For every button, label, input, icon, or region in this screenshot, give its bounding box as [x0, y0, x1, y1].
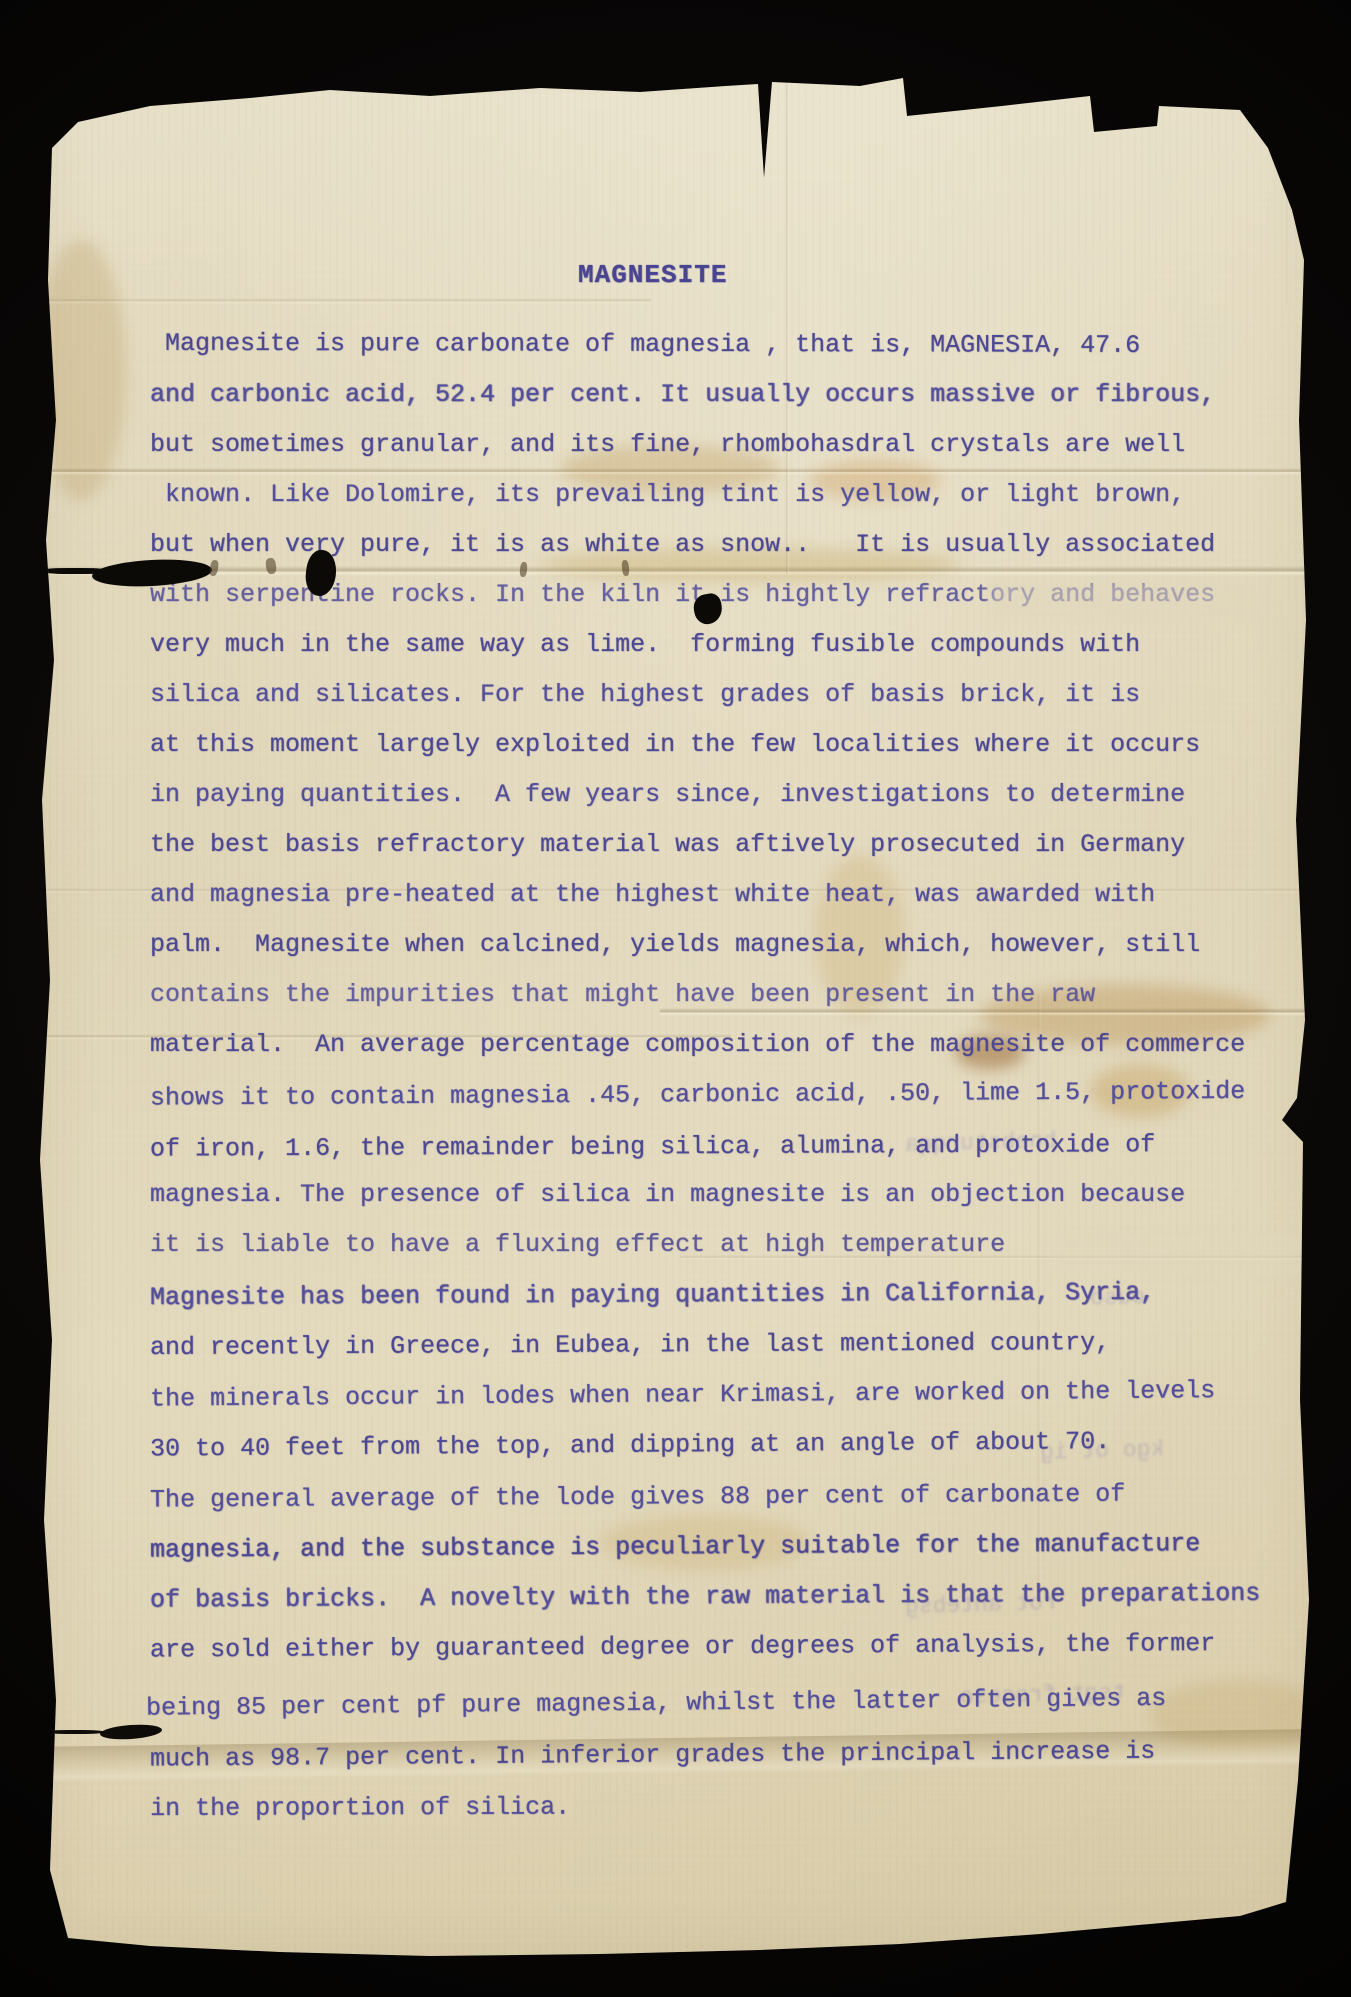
typed-line: much as 98.7 per cent. In inferior grade…: [150, 1725, 1310, 1784]
fold-crease: [40, 298, 651, 304]
typed-line: contains the impurities that might have …: [150, 970, 1310, 1020]
typed-line: shows it to contain magnesia .45, carbon…: [150, 1066, 1310, 1123]
typed-line: silica and silicates. For the highest gr…: [150, 670, 1310, 720]
paper-stain: [36, 240, 126, 500]
scanned-paper-sheet: bnebsturqqa ouso kgo ot ig rot antebsg t…: [0, 0, 1351, 1997]
document-title: MAGNESITE: [578, 260, 727, 290]
typed-line: 30 to 40 feet from the top, and dipping …: [150, 1415, 1310, 1474]
typed-line: magnesia. The presence of silica in magn…: [150, 1170, 1310, 1220]
typed-line: and recently in Greece, in Eubea, in the…: [150, 1317, 1310, 1373]
typed-line: very much in the same way as lime. formi…: [150, 620, 1310, 670]
typed-line: the best basis refractory material was a…: [150, 820, 1310, 870]
typed-line: Magnesite has been found in paying quant…: [150, 1267, 1310, 1323]
scan-backdrop: { "doc": { "title": "MAGNESITE", "ink_co…: [0, 0, 1351, 1997]
ink-blot: [46, 1730, 104, 1734]
typed-line: and carbonic acid, 52.4 per cent. It usu…: [150, 370, 1310, 420]
typed-line: it is liable to have a fluxing effect at…: [150, 1220, 1310, 1270]
typed-line: in paying quantities. A few years since,…: [150, 770, 1310, 820]
typed-line: being 85 per cent pf pure magnesia, whil…: [146, 1672, 1306, 1733]
typed-line: palm. Magnesite when calcined, yields ma…: [150, 920, 1310, 970]
typed-line: but sometimes granular, and its fine, rh…: [150, 420, 1310, 470]
typed-line: of basis bricks. A novelty with the raw …: [150, 1568, 1310, 1625]
typed-line: and magnesia pre-heated at the highest w…: [150, 870, 1310, 920]
typed-line: are sold either by guaranteed degree or …: [150, 1618, 1310, 1675]
vertical-crease: [1286, 95, 1289, 305]
typed-line: of iron, 1.6, the remainder being silica…: [150, 1119, 1310, 1174]
typed-line: the minerals occur in lodes when near Kr…: [150, 1365, 1310, 1424]
typed-text-block: Magnesite is pure carbonate of magnesia …: [150, 320, 1310, 1820]
typed-line: in the proportion of silica.: [150, 1780, 1310, 1834]
typed-line: known. Like Dolomire, its prevailing tin…: [150, 470, 1310, 520]
typed-line: material. An average percentage composit…: [150, 1020, 1310, 1070]
typed-line: The general average of the lode gives 88…: [150, 1468, 1310, 1525]
tear-hole: [40, 568, 110, 574]
typed-line: but when very pure, it is as white as sn…: [150, 520, 1310, 570]
typed-line: Magnesite is pure carbonate of magnesia …: [150, 319, 1310, 371]
typed-line: magnesia, and the substance is peculiarl…: [150, 1518, 1310, 1575]
typed-line: at this moment largely exploited in the …: [150, 720, 1310, 770]
typed-line: with serpentine rocks. In the kiln it is…: [150, 570, 1310, 620]
